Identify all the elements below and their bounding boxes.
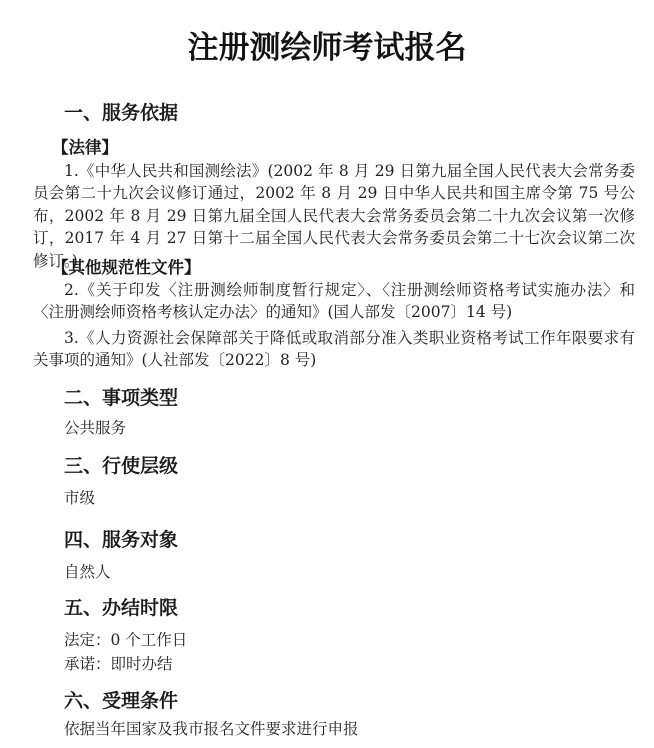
paragraph-notice-2007: 2.《关于印发〈注册测绘师制度暂行规定〉、〈注册测绘师资格考试实施办法〉和〈注册… bbox=[33, 279, 635, 324]
value-item-type: 公共服务 bbox=[64, 417, 126, 439]
document-page: 注册测绘师考试报名 一、服务依据 【法律】 1.《中华人民共和国测绘法》(200… bbox=[0, 0, 654, 748]
label-other-normative-documents: 【其他规范性文件】 bbox=[52, 257, 201, 279]
section-heading-completion-time-limit: 五、办结时限 bbox=[64, 595, 178, 621]
value-acceptance-conditions: 依据当年国家及我市报名文件要求进行申报 bbox=[64, 718, 359, 740]
section-heading-exercise-level: 三、行使层级 bbox=[64, 453, 178, 479]
value-exercise-level: 市级 bbox=[64, 487, 95, 509]
label-laws: 【法律】 bbox=[52, 137, 118, 159]
paragraph-law-surveying-act: 1.《中华人民共和国测绘法》(2002 年 8 月 29 日第九届全国人民代表大… bbox=[33, 160, 635, 272]
document-title: 注册测绘师考试报名 bbox=[0, 28, 654, 68]
paragraph-notice-2022: 3.《人力资源社会保障部关于降低或取消部分准入类职业资格考试工作年限要求有关事项… bbox=[33, 327, 635, 372]
section-heading-service-basis: 一、服务依据 bbox=[64, 100, 178, 126]
section-heading-acceptance-conditions: 六、受理条件 bbox=[64, 688, 178, 714]
value-statutory-time-limit: 法定：0 个工作日 bbox=[64, 629, 187, 651]
section-heading-service-target: 四、服务对象 bbox=[64, 527, 178, 553]
section-heading-item-type: 二、事项类型 bbox=[64, 385, 178, 411]
value-promised-time-limit: 承诺：即时办结 bbox=[64, 653, 173, 675]
value-service-target: 自然人 bbox=[64, 561, 111, 583]
